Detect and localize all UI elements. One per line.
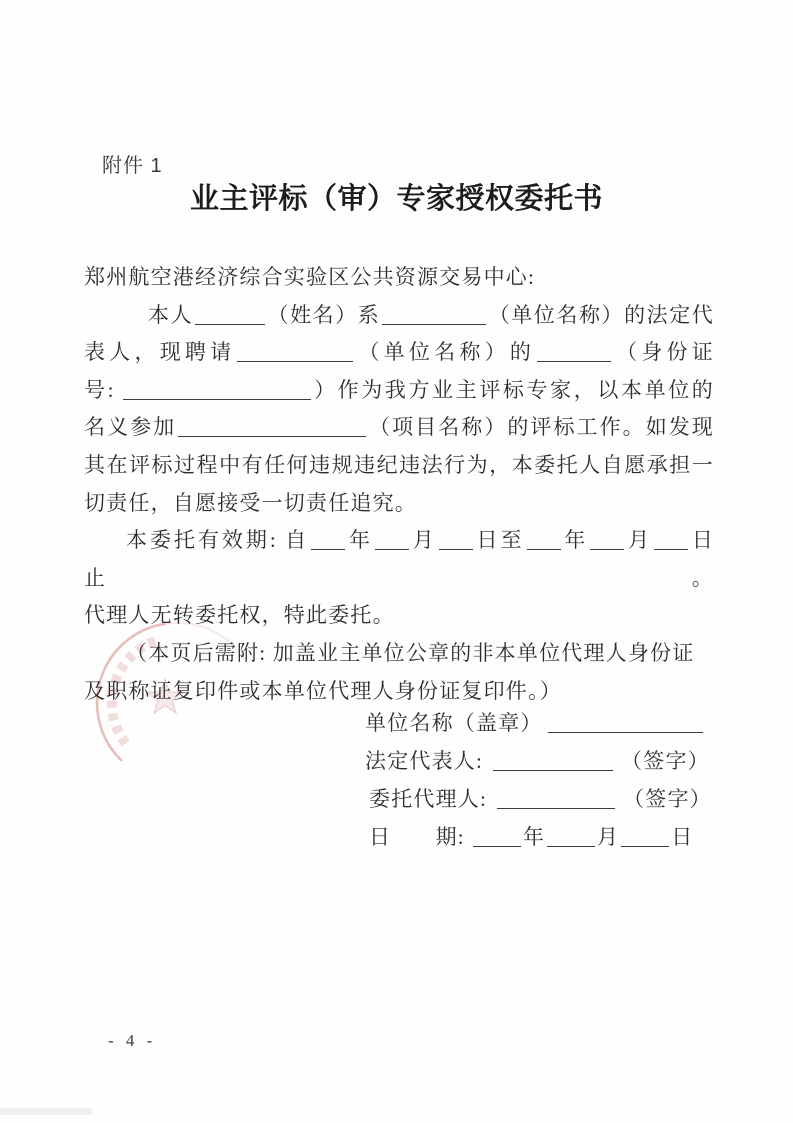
line3-end: （身份证 [613,340,714,364]
body-line-7: 切责任，自愿接受一切责任追究。 [84,485,714,523]
line5-end: （项目名称）的评标工作。如发现 [368,415,714,439]
blank-field-unit2 [237,359,353,362]
blank-field-unit [382,322,486,325]
agent-sign-suffix: （签字） [623,787,712,811]
line7-text: 切责任，自愿接受一切责任追究。 [84,491,417,515]
line8-year2: 年 [563,528,589,552]
document-body: 郑州航空港经济综合实验区公共资源交易中心: 本人（姓名）系（单位名称）的法定代 … [84,259,714,710]
scanned-document-page: 附件 1 业主评标（审）专家授权委托书 郑州航空港经济综合实验区公共资源交易中心… [0,0,793,1123]
body-line-10-note: （本页后需附: 加盖业主单位公章的非本单位代理人身份证 [84,635,714,673]
agent-label: 委托代理人: [369,787,487,811]
attachment-label: 附件 1 [102,149,163,178]
blank-field-year-to [527,547,561,550]
line11-text: 及职称证复印件或本单位代理人身份证复印件。） [84,679,562,703]
blank-field-day-from [439,547,473,550]
blank-field-id-number [123,397,311,400]
blank-field-date-day [621,844,669,847]
line8-month2: 月 [626,528,652,552]
line2-end: （单位名称）的法定代 [488,303,714,327]
blank-field-legal-rep-signature [493,768,613,771]
line2-pre: 本人 [148,303,193,327]
line8-day-to: 日至 [475,528,525,552]
body-line-9: 代理人无转委托权，特此委托。 [84,597,714,635]
body-line-4: 号:）作为我方业主评标专家，以本单位的 [84,372,714,410]
line8-year1: 年 [347,528,373,552]
legal-rep-sign-suffix: （签字） [621,749,710,773]
blank-field-agent-signature [497,806,615,809]
line2-mid: （姓名）系 [267,303,380,327]
line3-mid: （单位名称）的 [355,340,535,364]
blank-field-day-to2 [654,547,688,550]
date-month-char: 月 [597,825,619,849]
blank-field-date-month [547,844,595,847]
body-line-8-validity: 本委托有效期: 自年月日至年月日止。 [84,522,714,597]
blank-field-project [178,434,366,437]
body-line-3: 表人，现聘请（单位名称）的（身份证 [84,334,714,372]
line4-pre: 号: [84,378,115,402]
blank-field-person [537,359,611,362]
salutation-line: 郑州航空港经济综合实验区公共资源交易中心: [84,259,714,297]
signature-unit-row: 单位名称（盖章） [365,704,712,742]
body-line-6: 其在评标过程中有任何违规违纪违法行为，本委托人自愿承担一 [84,447,714,485]
unit-name-label: 单位名称（盖章） [365,711,543,735]
blank-field-name [195,322,265,325]
scan-artifact [0,1108,92,1115]
line8-pre: 本委托有效期: 自 [126,528,309,552]
line9-text: 代理人无转委托权，特此委托。 [84,603,395,627]
line10-text: （本页后需附: 加盖业主单位公章的非本单位代理人身份证 [126,641,694,665]
blank-field-month-to [590,547,624,550]
blank-field-unit-name [548,730,703,733]
line8-month1: 月 [411,528,437,552]
line4-end: ）作为我方业主评标专家，以本单位的 [313,378,714,402]
legal-rep-label: 法定代表人: [365,749,483,773]
line6-text: 其在评标过程中有任何违规违纪违法行为，本委托人自愿承担一 [84,453,714,477]
document-title: 业主评标（审）专家授权委托书 [0,176,793,217]
line5-pre: 名义参加 [84,415,176,439]
date-day-char: 日 [671,825,693,849]
blank-field-month-from [375,547,409,550]
signature-agent-row: 委托代理人:（签字） [369,780,712,818]
line3-pre: 表人，现聘请 [84,340,235,364]
date-year-char: 年 [523,825,545,849]
body-line-2: 本人（姓名）系（单位名称）的法定代 [84,297,714,335]
signature-date-row: 日 期:年月日 [369,818,712,856]
date-label: 日 期: [369,825,465,849]
body-line-5: 名义参加（项目名称）的评标工作。如发现 [84,409,714,447]
blank-field-year-from [311,547,345,550]
signature-legal-rep-row: 法定代表人:（签字） [365,742,712,780]
signature-block: 单位名称（盖章） 法定代表人:（签字） 委托代理人:（签字） 日 期:年月日 [365,704,712,856]
salutation-text: 郑州航空港经济综合实验区公共资源交易中心: [84,265,535,289]
page-number: - 4 - [108,1031,156,1051]
blank-field-date-year [473,844,521,847]
